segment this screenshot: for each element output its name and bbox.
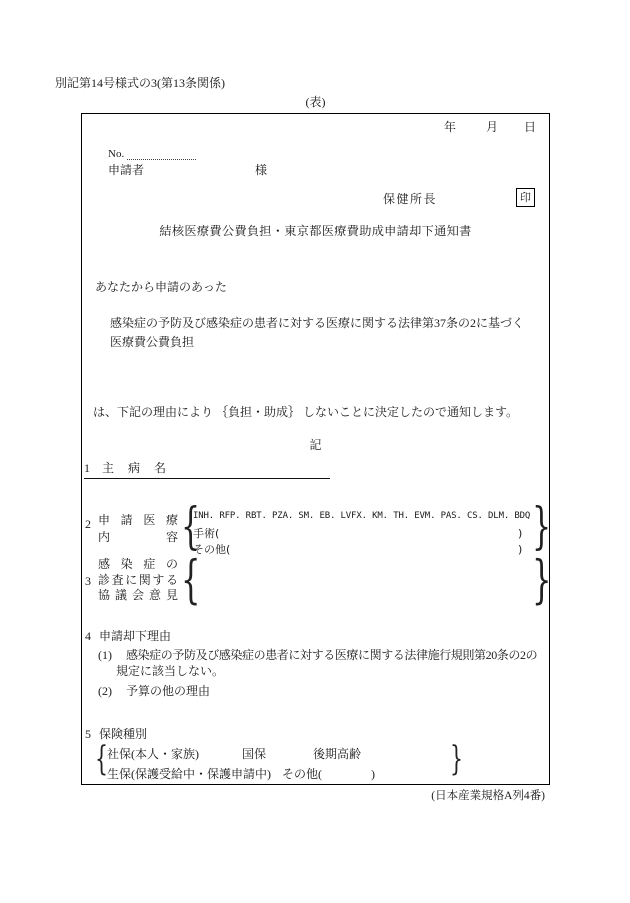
section3-label-line3: 協議会意見 xyxy=(98,588,178,604)
intro-text: あなたから申請のあった xyxy=(95,280,227,295)
no-label: No. xyxy=(108,148,124,162)
insurance-kokuho: 国保 xyxy=(242,747,266,762)
brace-open xyxy=(181,555,200,606)
insurance-other-open: その他( xyxy=(282,767,322,782)
date-month-label: 月 xyxy=(486,120,498,135)
brace-close xyxy=(532,501,551,551)
seal-box: 印 xyxy=(516,188,535,207)
surgery-close-paren: ) xyxy=(518,527,522,541)
date-year-label: 年 xyxy=(444,120,456,135)
honorific-label: 様 xyxy=(255,163,267,178)
reason1-line1: 感染症の予防及び感染症の患者に対する医療に関する法律施行規則第20条の2の xyxy=(126,648,537,663)
insurance-shaho: 社保(本人・家族) xyxy=(107,747,199,762)
section2-label-line2: 内容 xyxy=(98,529,178,546)
insurance-seiho: 生保(保護受給中・保護申請中) xyxy=(107,767,271,782)
side-label: (表) xyxy=(81,95,550,110)
document-title: 結核医療費公費負担・東京都医療費助成申請却下通知書 xyxy=(81,224,550,239)
decision-text: は、下記の理由により ｛負担・助成｝ しないことに決定したので通知します。 xyxy=(93,405,518,420)
no-fill-line xyxy=(127,147,196,160)
date-day-label: 日 xyxy=(524,120,536,135)
reason2-text: 予算の他の理由 xyxy=(126,684,210,699)
brace-close xyxy=(532,555,551,606)
section4-number: 4 xyxy=(85,629,91,644)
section4-label: 申請却下理由 xyxy=(99,629,171,644)
law-basis-line2: 医療費公費負担 xyxy=(110,335,194,350)
section5-number: 5 xyxy=(85,727,91,742)
form-number: 別記第14号様式の3(第13条関係) xyxy=(55,76,225,91)
reason2-number: (2) xyxy=(98,684,112,699)
section3-label-line1: 感染症の xyxy=(98,557,178,573)
section1-label: 主病名 xyxy=(102,461,166,476)
surgery-label: 手術( xyxy=(193,527,219,541)
insurance-other-close: ) xyxy=(371,767,375,782)
section3-label: 感染症の 診査に関する 協議会意見 xyxy=(98,557,178,604)
law-basis-line1: 感染症の予防及び感染症の患者に対する医療に関する法律第37条の2に基づく xyxy=(110,316,524,331)
issuer-label: 保健所長 xyxy=(383,192,437,207)
section1-disease-row: 1 主病名 xyxy=(84,461,330,479)
applicant-label: 申請者 xyxy=(108,163,144,178)
brace-close xyxy=(450,742,463,776)
paper-size-note: (日本産業規格A列4番) xyxy=(380,789,545,803)
reason1-number: (1) xyxy=(98,648,112,663)
section3-number: 3 xyxy=(85,574,91,589)
reason1-line2: 規定に該当しない。 xyxy=(116,664,224,679)
ki-heading: 記 xyxy=(81,438,550,453)
section2-label: 申請医療 内容 xyxy=(98,512,178,546)
other-close-paren: ) xyxy=(518,543,522,557)
section2-number: 2 xyxy=(85,517,91,532)
section1-number: 1 xyxy=(84,461,90,476)
section2-label-line1: 申請医療 xyxy=(98,512,178,529)
document-page: 別記第14号様式の3(第13条関係) (表) 年 月 日 No. 申請者 様 保… xyxy=(0,0,630,903)
insurance-kouki: 後期高齢 xyxy=(313,747,361,762)
section3-label-line2: 診査に関する xyxy=(98,573,178,589)
drug-list: INH. RFP. RBT. PZA. SM. EB. LVFX. KM. TH… xyxy=(193,511,530,522)
